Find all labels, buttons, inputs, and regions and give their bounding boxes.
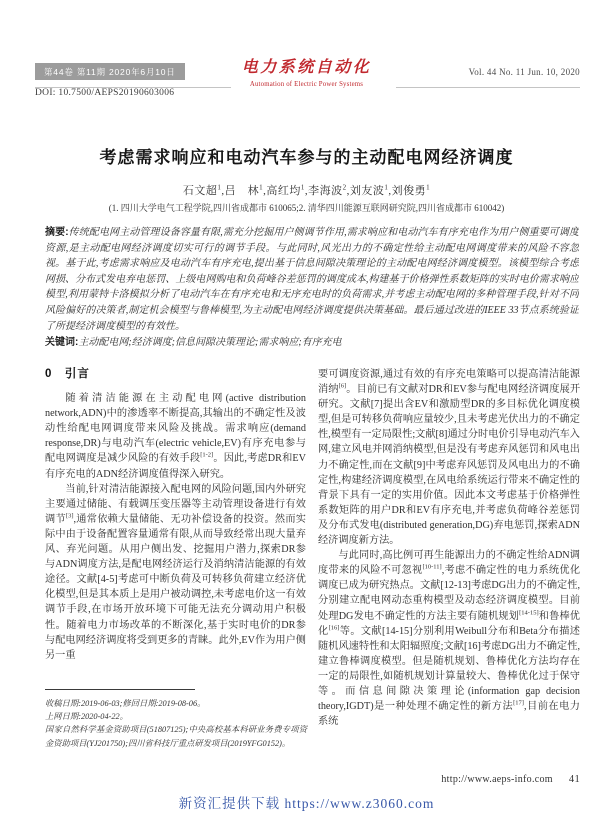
abstract-label: 摘要: [45, 227, 69, 238]
author-affiliation-mark: 1 [301, 183, 305, 191]
right-column-paragraphs: 要可调度资源,通过有效的有序充电策略可以提高清洁能源消纳[6]。目前已有文献对D… [318, 367, 580, 729]
footnote-line: 国家自然科学基金资助项目(51807125);中央高校基本科研业务费专项资金资助… [45, 723, 307, 749]
article-title: 考虑需求响应和电动汽车参与的主动配电网经济调度 [0, 143, 613, 168]
paragraph: 随着清洁能源在主动配电网(active distribution network… [45, 391, 306, 482]
citation-superscript: [16] [329, 624, 340, 631]
footer-site-url: http://www.aeps-info.com [441, 774, 553, 785]
footnote-line: 收稿日期:2019-06-03;修回日期:2019-08-06。 [45, 697, 307, 710]
abstract-body: 传统配电网主动管理设备容量有限,需充分挖掘用户侧调节作用,需求响应和电动汽车有序… [45, 227, 579, 332]
affiliation-line: (1. 四川大学电气工程学院,四川省成都市 610065;2. 清华四川能源互联… [0, 201, 613, 214]
journal-logo-cn: 电力系统自动化 [0, 57, 613, 79]
citation-superscript: [14-15] [519, 609, 539, 616]
right-column: 要可调度资源,通过有效的有序充电策略可以提高清洁能源消纳[6]。目前已有文献对D… [318, 367, 580, 773]
author-affiliation-mark: 1 [259, 183, 263, 191]
author-name: 吕 林 [225, 185, 260, 197]
author-affiliation-mark: 1 [384, 183, 388, 191]
page-number: 41 [569, 774, 580, 785]
abstract-block: 摘要:传统配电网主动管理设备容量有限,需充分挖掘用户侧调节作用,需求响应和电动汽… [45, 225, 579, 371]
citation-superscript: [17] [513, 700, 524, 707]
author-name: 石文超 [183, 185, 218, 197]
left-column-paragraphs: 随着清洁能源在主动配电网(active distribution network… [45, 391, 306, 663]
keywords-line: 关键词:主动配电网;经济调度;信息间隙决策理论;需求响应;有序充电 [45, 335, 579, 351]
doi-text: DOI: 10.7500/AEPS20190603006 [35, 88, 174, 98]
citation-superscript: [1-2] [200, 452, 213, 459]
author-name: 高红均 [266, 185, 301, 197]
section-heading: 0 引言 [45, 367, 306, 382]
keywords-text: 主动配电网;经济调度;信息间隙决策理论;需求响应;有序充电 [78, 337, 341, 348]
paragraph: 与此同时,高比例可再生能源出力的不确定性给ADN调度带来的风险不可忽视[10-1… [318, 548, 580, 729]
citation-superscript: [6] [339, 383, 347, 390]
footnote-rule [45, 689, 195, 690]
abstract-text: 摘要:传统配电网主动管理设备容量有限,需充分挖掘用户侧调节作用,需求响应和电动汽… [45, 225, 579, 334]
watermark-link: 新资汇提供下载 https://www.z3060.com [0, 792, 613, 812]
left-column: 0 引言 随着清洁能源在主动配电网(active distribution ne… [45, 367, 306, 687]
footnote-block: 收稿日期:2019-06-03;修回日期:2019-08-06。上网日期:202… [45, 689, 307, 750]
footnote-line: 上网日期:2020-04-22。 [45, 710, 307, 723]
footnote-lines: 收稿日期:2019-06-03;修回日期:2019-08-06。上网日期:202… [45, 697, 307, 750]
citation-superscript: [3] [66, 512, 74, 519]
footer-site: http://www.aeps-info.com41 [441, 774, 580, 785]
author-name: 李海波 [308, 185, 343, 197]
paragraph: 要可调度资源,通过有效的有序充电策略可以提高清洁能源消纳[6]。目前已有文献对D… [318, 367, 580, 548]
author-name: 刘俊勇 [392, 185, 427, 197]
citation-superscript: [10-11] [422, 564, 441, 571]
keywords-label: 关键词: [45, 337, 78, 348]
journal-logo: 电力系统自动化 Automation of Electric Power Sys… [0, 57, 613, 88]
author-affiliation-mark: 2 [343, 183, 347, 191]
header-rule-right [396, 87, 580, 88]
paragraph: 当前,针对清洁能源接入配电网的风险问题,国内外研究主要通过储能、有载调压变压器等… [45, 482, 306, 663]
author-name: 刘友波 [350, 185, 385, 197]
author-affiliation-mark: 1 [426, 183, 430, 191]
author-affiliation-mark: 1 [217, 183, 221, 191]
paper-page: 第44卷 第11期 2020年6月10日 Vol. 44 No. 11 Jun.… [0, 0, 613, 825]
authors-line: 石文超1,吕 林1,高红均1,李海波2,刘友波1,刘俊勇1 [0, 182, 613, 198]
